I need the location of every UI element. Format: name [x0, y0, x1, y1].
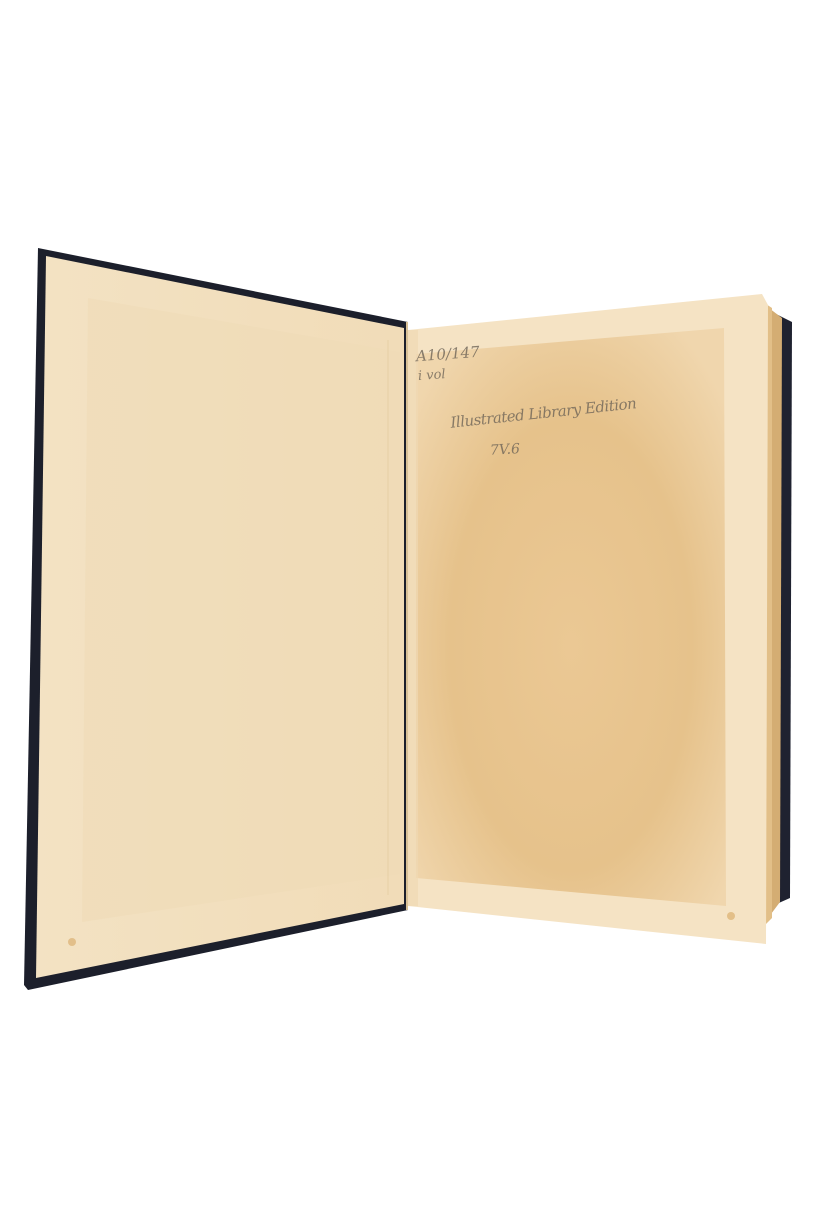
right-flyleaf [408, 294, 768, 944]
left-pastedown [36, 256, 404, 978]
inscription-code: 7V.6 [490, 441, 521, 459]
book-photo: A10/147 i vol Illustrated Library Editio… [0, 0, 820, 1230]
open-book-illustration [0, 0, 820, 1230]
inscription-volume: i vol [418, 367, 447, 384]
